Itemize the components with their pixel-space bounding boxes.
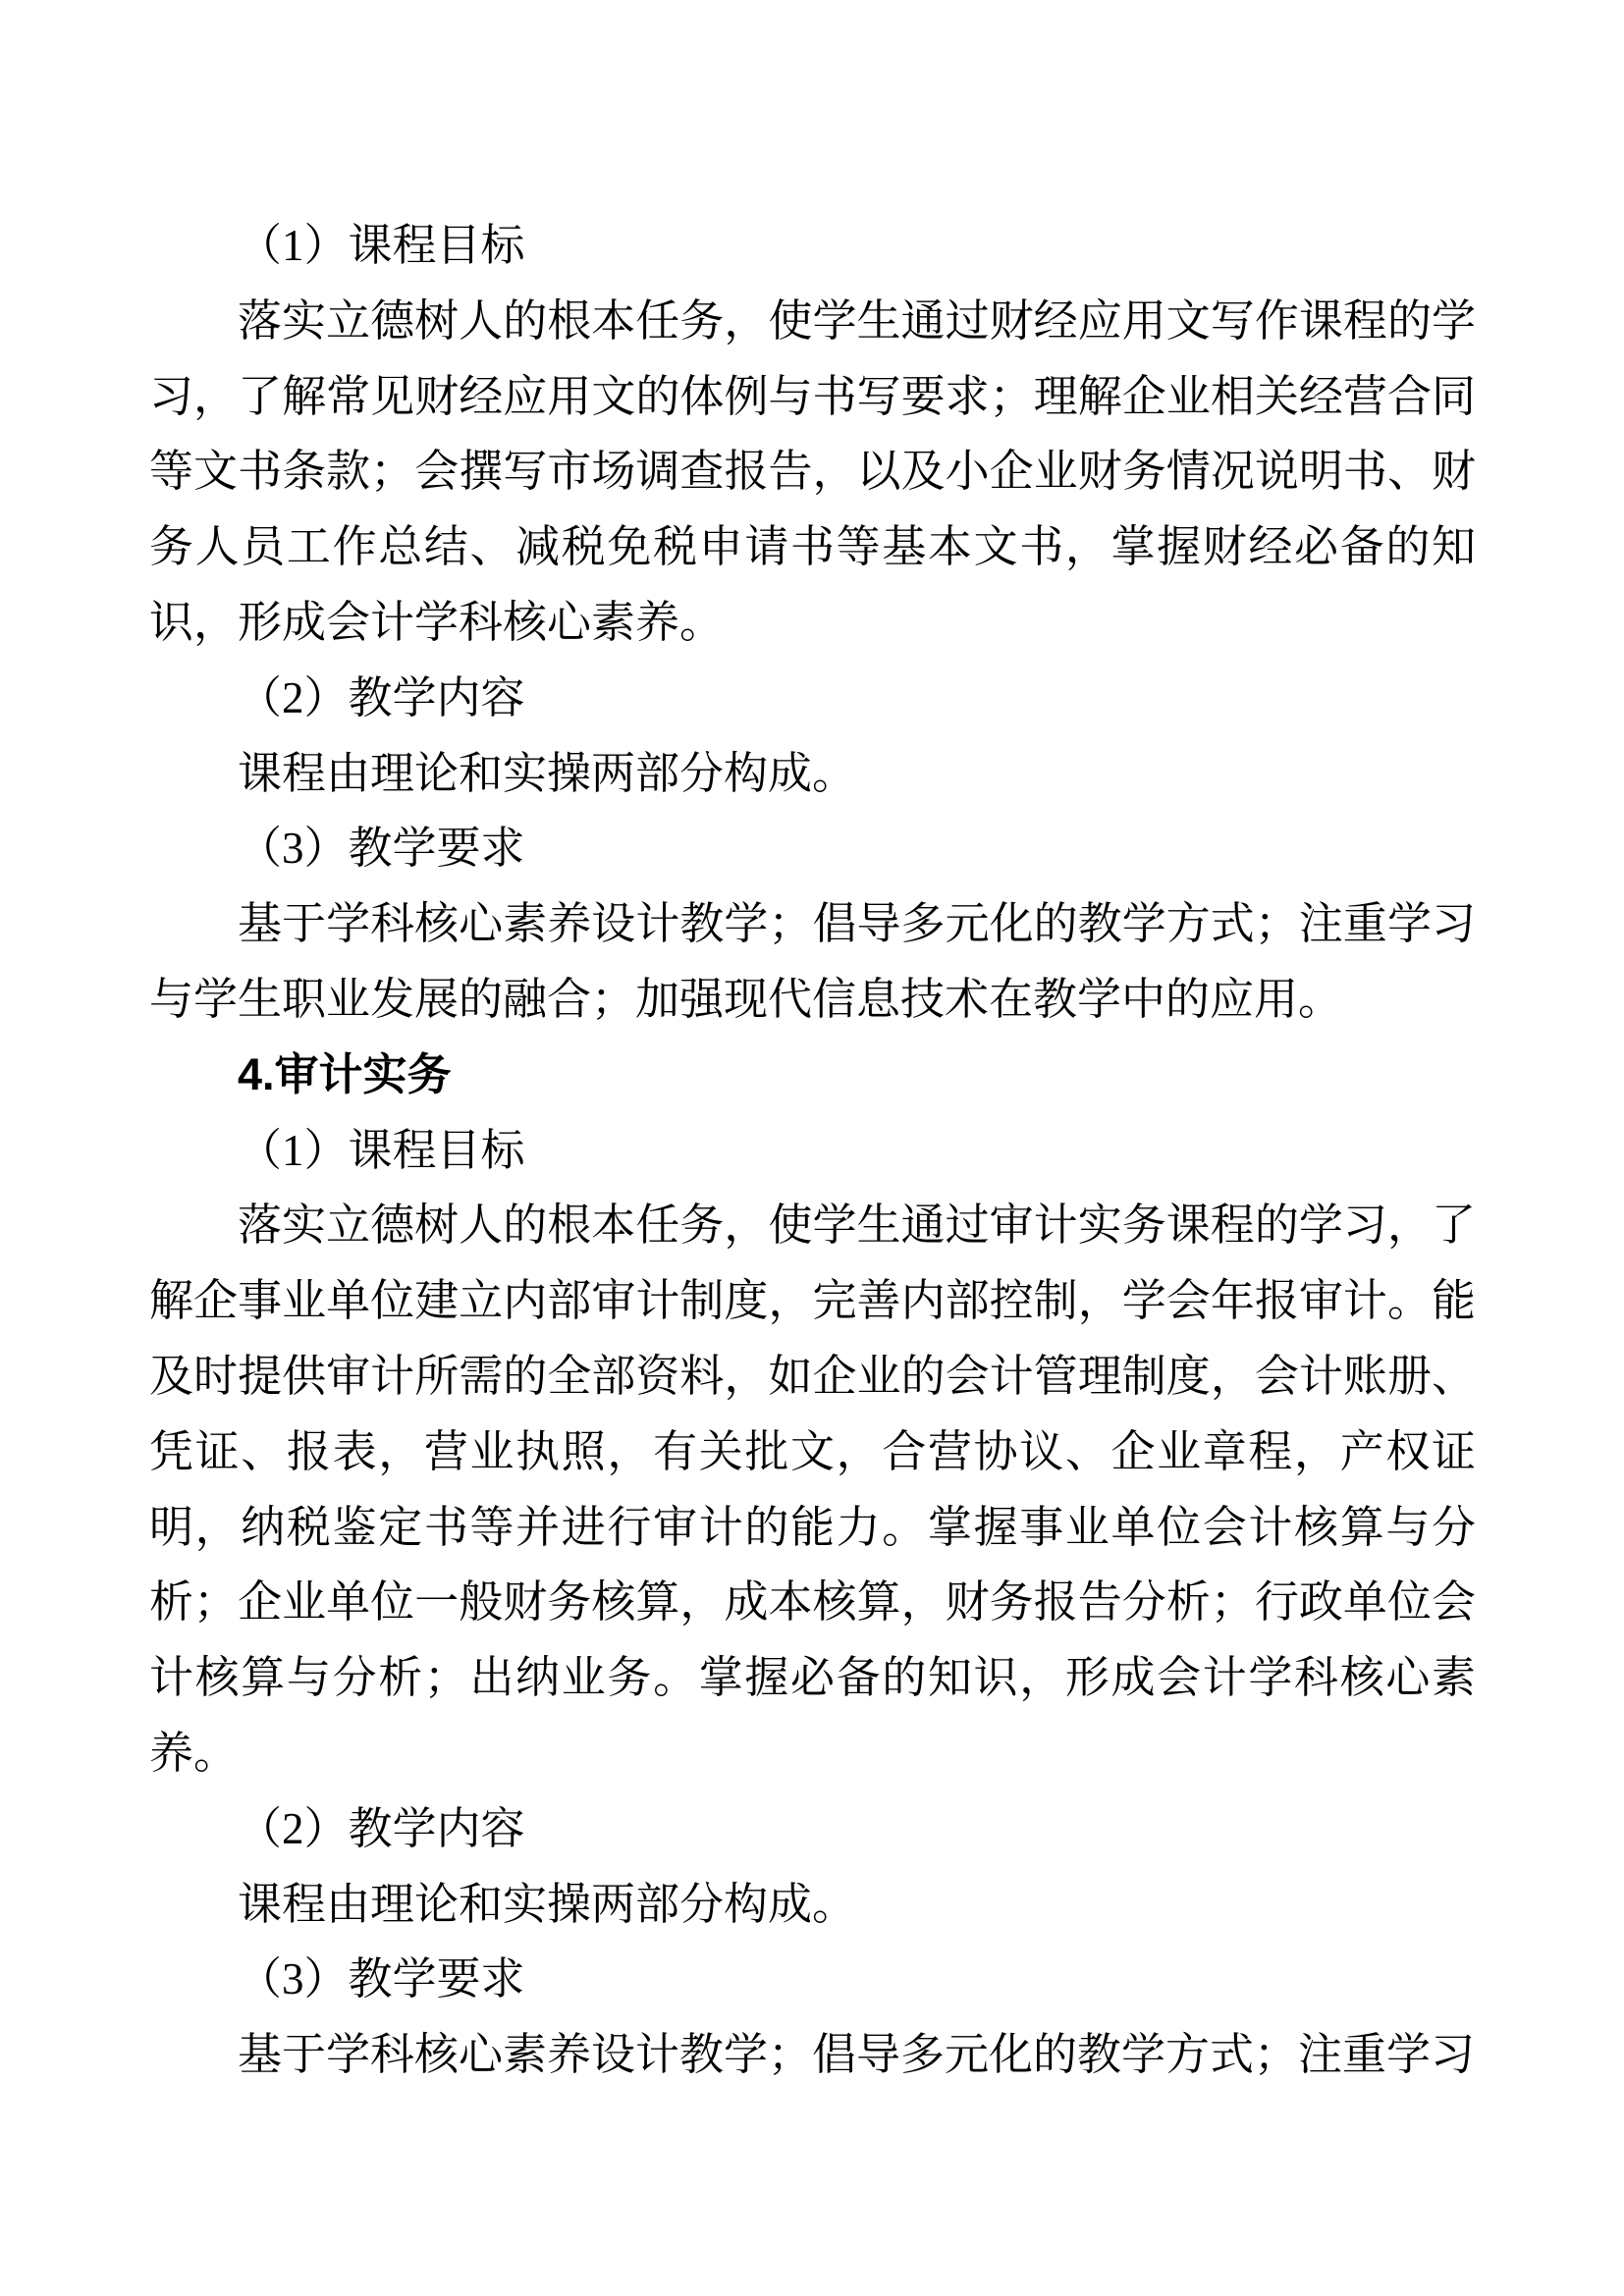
heading-teaching-content-1: （2）教学内容 [149,661,1476,736]
para-course-objectives-1-body: 落实立德树人的根本任务，使学生通过财经应用文写作课程的学习，了解常见财经应用文的… [149,284,1476,661]
para-teaching-content-2-body: 课程由理论和实操两部分构成。 [149,1867,1476,1943]
heading-teaching-content-2: （2）教学内容 [149,1791,1476,1867]
para-teaching-requirements-1-body: 基于学科核心素养设计教学；倡导多元化的教学方式；注重学习与学生职业发展的融合；加… [149,886,1476,1038]
para-teaching-requirements-2-body: 基于学科核心素养设计教学；倡导多元化的教学方式；注重学习 [149,2017,1476,2093]
section-heading-audit-practice: 4.审计实务 [149,1038,1476,1113]
para-course-objectives-2-body: 落实立德树人的根本任务，使学生通过审计实务课程的学习，了解企事业单位建立内部审计… [149,1188,1476,1790]
para-teaching-content-1-body: 课程由理论和实操两部分构成。 [149,736,1476,812]
heading-teaching-requirements-1: （3）教学要求 [149,811,1476,886]
heading-teaching-requirements-2: （3）教学要求 [149,1942,1476,2017]
document-page: （1）课程目标 落实立德树人的根本任务，使学生通过财经应用文写作课程的学习，了解… [0,0,1624,2296]
document-text-block: （1）课程目标 落实立德树人的根本任务，使学生通过财经应用文写作课程的学习，了解… [149,208,1476,2093]
heading-course-objectives-1: （1）课程目标 [149,208,1476,284]
heading-course-objectives-2: （1）课程目标 [149,1113,1476,1189]
